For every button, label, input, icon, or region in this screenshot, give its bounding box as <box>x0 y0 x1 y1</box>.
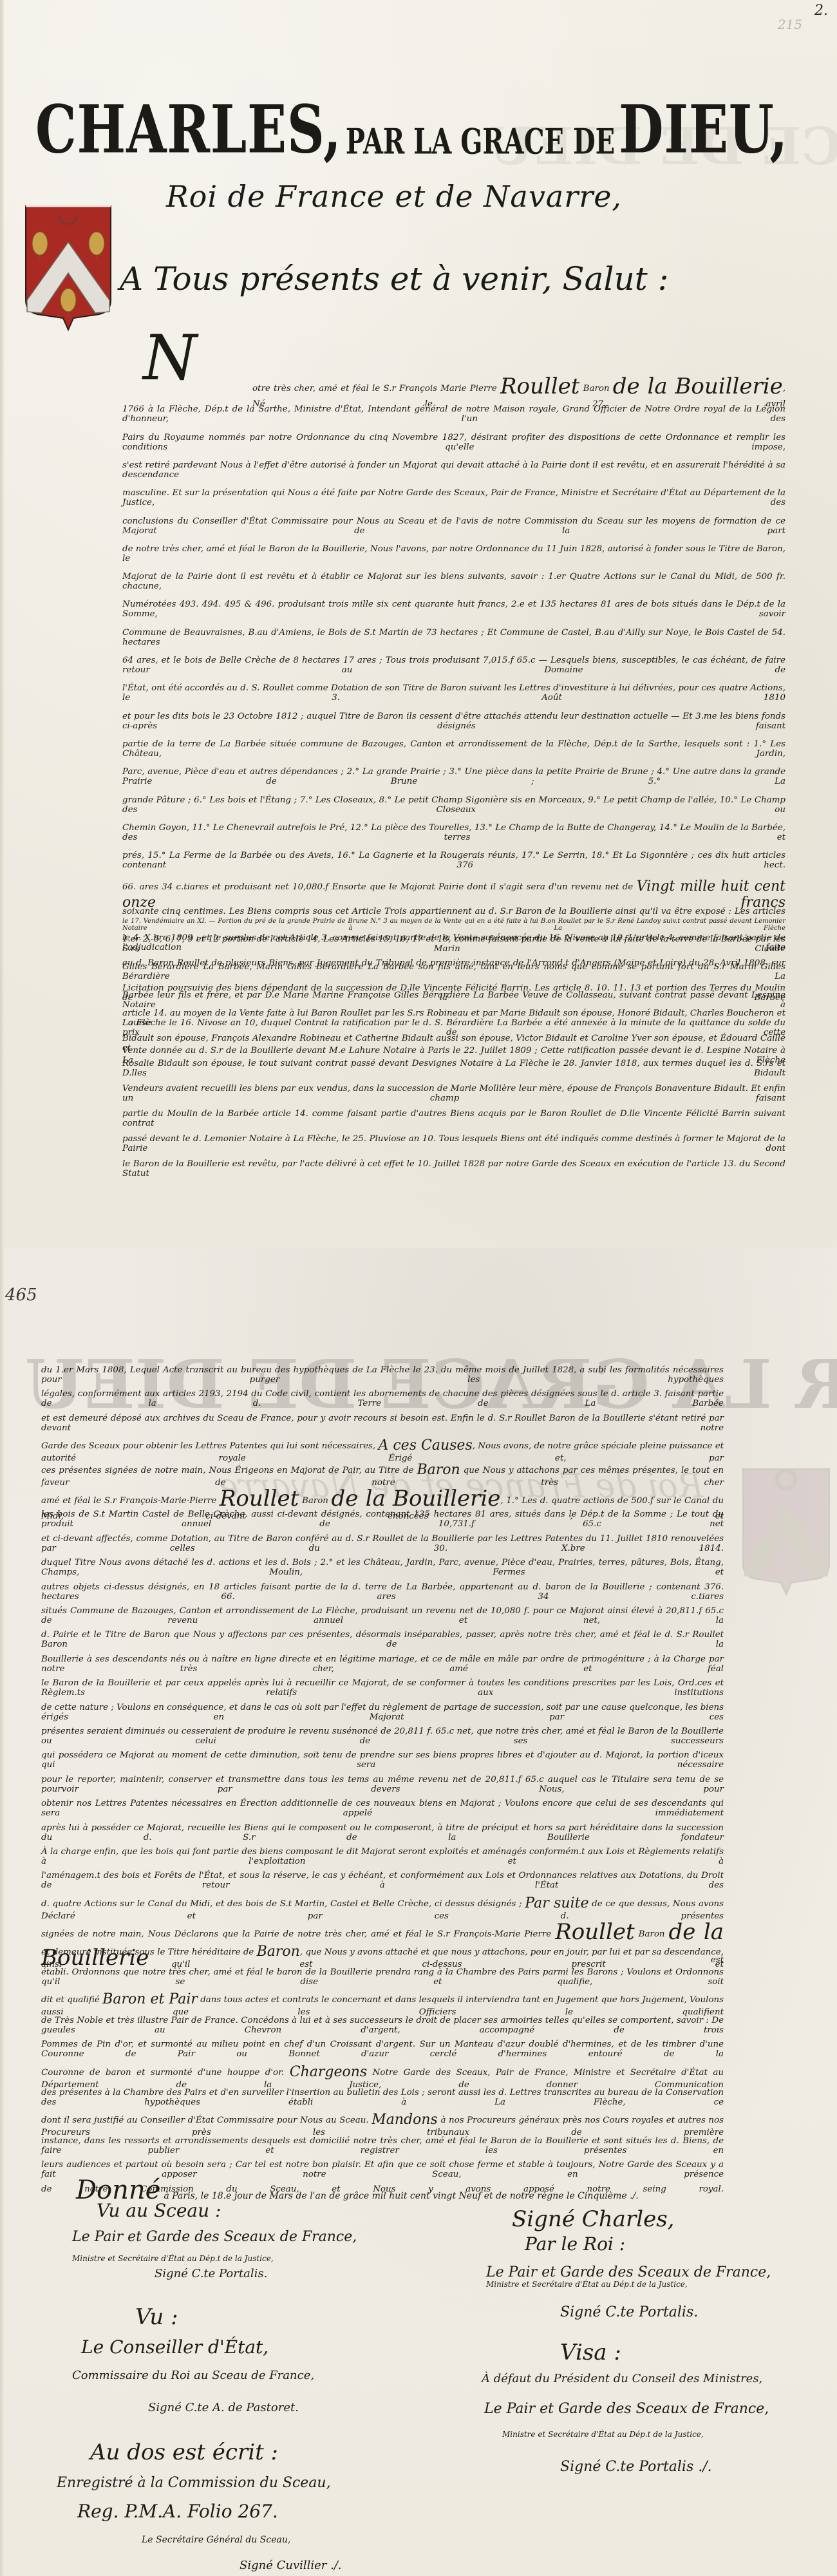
signature-line: Le Pair et Garde des Sceaux de France, <box>72 2229 357 2245</box>
line-text: Commune de Beauvraisnes, B.au d'Amiens, … <box>122 628 785 647</box>
signature-line: Signé C.te Portalis. <box>560 2304 698 2320</box>
text-line: 1766 à la Flèche, Dép.t de la Sarthe, Mi… <box>122 404 785 417</box>
line-text: Pommes de Pin d'or, et surmonté au milie… <box>41 2040 724 2059</box>
line-text: Baron <box>635 1929 669 1939</box>
emphasis-text: Baron <box>257 1944 300 1960</box>
line-text: Chemin Goyon, 11.° Le Chenevrail autrefo… <box>122 823 785 842</box>
signature-line: Commissaire du Roi au Sceau de France, <box>72 2369 314 2382</box>
line-text: le Baron de la Bouillerie et par ceux ap… <box>41 1678 724 1698</box>
line-text: légales, conformément aux articles 2193,… <box>41 1389 724 1408</box>
person-name: Roullet <box>555 1919 635 1945</box>
line-text: otre très cher, amé et féal le S.r Franç… <box>252 384 500 393</box>
line-text: autres objets ci-dessus désignés, en 18 … <box>41 1582 724 1602</box>
text-line: Pairs du Royaume nommés par notre Ordonn… <box>122 433 785 446</box>
text-line: dont il sera justifié au Conseiller d'Ét… <box>41 2112 724 2125</box>
signature-line: Enregistré à la Commission du Sceau, <box>57 2475 331 2491</box>
text-line: de cette nature ; Voulons en conséquence… <box>41 1703 724 1716</box>
person-title: de la Bouillerie <box>332 1486 501 1511</box>
text-line: au d. Baron Roullet de plusieurs Biens, … <box>122 958 785 971</box>
emphasis-text: A ces Causes <box>378 1437 472 1454</box>
text-line: situés Commune de Bazouges, Canton et ar… <box>41 1606 724 1619</box>
line-text: et pour les dits bois le 23 Octobre 1812… <box>122 712 785 731</box>
line-text: prés, 15.° La Ferme de la Barbée ou des … <box>122 851 785 870</box>
text-line: et est demeuré déposé aux archives du Sc… <box>41 1414 724 1426</box>
text-line: partie du Moulin de la Barbée article 14… <box>122 1109 785 1122</box>
text-line: le 17. Vendémiaire an XI. — Portion du p… <box>122 918 785 931</box>
signature-line: Signé C.te Portalis. <box>155 2267 267 2280</box>
line-text: Rosalie Bidault son épouse, le tout suiv… <box>122 1059 785 1078</box>
text-line: et demeure instituée sous le Titre héréd… <box>41 1944 724 1956</box>
line-text: 64 ares, et le bois de Belle Crèche de 8… <box>122 656 785 675</box>
signature-line: À défaut du Président du Conseil des Min… <box>482 2372 762 2385</box>
signature-line: Ministre et Secrétaire d'État au Dép.t d… <box>502 2430 704 2439</box>
text-line: 64 ares, et le bois de Belle Crèche de 8… <box>122 656 785 668</box>
coat-of-arms-icon <box>23 204 113 332</box>
emphasis-text: Par suite <box>525 1895 588 1911</box>
text-line: Vendeurs avaient recueilli les biens par… <box>122 1084 785 1097</box>
given-text: à Paris, le 18.e jour de Mars de l'an de… <box>164 2191 638 2201</box>
line-text: après lui à posséder ce Majorat, recueil… <box>41 1823 724 1842</box>
signature-line: Le Conseiller d'État, <box>81 2336 268 2358</box>
decorated-initial: N <box>143 322 197 394</box>
signature-line: Ministre et Secrétaire d'État au Dép.t d… <box>72 2254 274 2263</box>
text-line: Bouillerie à ses descendants nés ou à na… <box>41 1654 724 1667</box>
text-line: le Baron de la Bouillerie est revêtu, pa… <box>122 1159 785 1172</box>
line-text: 1766 à la Flèche, Dép.t de la Sarthe, Mi… <box>122 404 785 424</box>
line-text: 66. ares 34 c.tiares et produisant net 1… <box>122 882 637 892</box>
person-name: Roullet <box>500 374 580 399</box>
text-line: le 4. X.bre 1809 ; et le surplus de cet … <box>122 933 785 946</box>
line-text: de notre très cher, amé et féal le Baron… <box>122 544 785 563</box>
emphasis-text: Baron et Pair <box>102 1991 198 2007</box>
line-text: À la charge enfin, que les bois qui font… <box>41 1847 724 1866</box>
line-text: situés Commune de Bazouges, Canton et ar… <box>41 1606 724 1625</box>
text-line: les bois de S.t Martin Castel de Belle C… <box>41 1510 724 1522</box>
text-line: partie de la terre de La Barbée située c… <box>122 739 785 752</box>
line-text: d. quatre Actions sur le Canal du Midi, … <box>41 1899 525 1909</box>
line-text: dit et qualifié <box>41 1995 102 2005</box>
text-line: masculine. Et sur la présentation qui No… <box>122 488 785 501</box>
text-line: instance, dans les ressorts et arrondiss… <box>41 2136 724 2149</box>
line-text: Vendeurs avaient recueilli les biens par… <box>122 1084 785 1103</box>
signature-line: Le Pair et Garde des Sceaux de France, <box>484 2401 769 2417</box>
text-line: et ci-devant affectés, comme Dotation, a… <box>41 1534 724 1547</box>
text-line: pour le reporter, maintenir, conserver e… <box>41 1775 724 1788</box>
page-edge <box>0 1248 4 2576</box>
line-text: les bois de S.t Martin Castel de Belle C… <box>41 1510 724 1529</box>
text-line: prés, 15.° La Ferme de la Barbée ou des … <box>122 851 785 864</box>
line-text: Garde des Sceaux pour obtenir les Lettre… <box>41 1441 378 1451</box>
signature-line: Reg. P.M.A. Folio 267. <box>77 2501 278 2522</box>
line-text: Baron <box>579 384 612 393</box>
text-line: Bidault son épouse, François Alexandre R… <box>122 1034 785 1046</box>
text-line: signées de notre main, Nous Déclarons qu… <box>41 1919 724 1932</box>
text-line: de notre très cher, amé et féal le Baron… <box>122 544 785 557</box>
line-text: s'est retiré pardevant Nous à l'effet d'… <box>122 460 785 480</box>
text-line: du 1.er Mars 1808, Lequel Acte transcrit… <box>41 1365 724 1378</box>
person-name: Roullet <box>220 1486 299 1511</box>
line-text: de cette nature ; Voulons en conséquence… <box>41 1703 724 1722</box>
text-line: grande Pâture ; 6.° Les bois et l'Étang … <box>122 795 785 808</box>
text-line: leurs audiences et partout où besoin ser… <box>41 2160 724 2173</box>
text-line: 66. ares 34 c.tiares et produisant net 1… <box>122 878 785 891</box>
text-line: s'est retiré pardevant Nous à l'effet d'… <box>122 460 785 473</box>
document-page-2: CHARLES, PAR LA GRACE DE DIEU Roi de Fra… <box>0 1248 837 2576</box>
line-text: partie du Moulin de la Barbée article 14… <box>122 1109 785 1128</box>
line-text: partie de la terre de La Barbée située c… <box>122 739 785 759</box>
line-text-small: le 17. Vendémiaire an XI. — Portion du p… <box>122 918 785 932</box>
text-line: des présentes à la Chambre des Pairs et … <box>41 2088 724 2101</box>
emphasis-text: Chargeons <box>290 2064 367 2080</box>
text-line: et pour les dits bois le 23 Octobre 1812… <box>122 712 785 724</box>
text-line: otre très cher, amé et féal le S.r Franç… <box>252 374 785 386</box>
signature-line: Signé C.te A. de Pastoret. <box>148 2401 299 2414</box>
salutation: A Tous présents et à venir, Salut : <box>120 260 669 298</box>
line-text: dont il sera justifié au Conseiller d'Ét… <box>41 2116 371 2125</box>
signature-line: Visa : <box>560 2340 621 2365</box>
text-line: ces présentes signées de notre main, Nou… <box>41 1462 724 1475</box>
emphasis-text: Baron <box>417 1462 460 1478</box>
signature-line: Le Pair et Garde des Sceaux de France, <box>486 2264 771 2280</box>
text-line: établi. Ordonnons que notre très cher, a… <box>41 1967 724 1980</box>
text-line: de Très Noble et très illustre Pair de F… <box>41 2016 724 2029</box>
text-line: d. Pairie et le Titre de Baron que Nous … <box>41 1630 724 1643</box>
line-text: l'aménagem.t des bois et Forêts de l'Éta… <box>41 1871 724 1890</box>
text-line: Garde des Sceaux pour obtenir les Lettre… <box>41 1437 724 1450</box>
text-line: légales, conformément aux articles 2193,… <box>41 1389 724 1402</box>
folio-number: 465 <box>5 1285 37 1305</box>
line-text: Pairs du Royaume nommés par notre Ordonn… <box>122 433 785 452</box>
signature-line: Vu au Sceau : <box>97 2200 221 2221</box>
signature-line: Vu : <box>135 2304 178 2330</box>
line-text: Majorat de la Pairie dont il est revêtu … <box>122 572 785 591</box>
line-text: le 4. X.bre 1809 ; et le surplus de cet … <box>122 933 785 952</box>
line-text: Licitation poursuivie des biens dépendan… <box>122 983 785 1003</box>
text-line: Couronne de baron et surmonté d'une houp… <box>41 2064 724 2077</box>
line-text: conclusions du Conseiller d'État Commiss… <box>122 516 785 536</box>
signature-line: Signé Cuvillier ./. <box>240 2559 342 2572</box>
text-line: obtenir nos Lettres Patentes nécessaires… <box>41 1799 724 1812</box>
page-edge <box>0 0 4 1248</box>
line-text: duquel Titre Nous avons détaché les d. a… <box>41 1558 724 1577</box>
line-text: et ci-devant affectés, comme Dotation, a… <box>41 1534 724 1553</box>
text-line: l'aménagem.t des bois et Forêts de l'Éta… <box>41 1871 724 1884</box>
text-line: amé et féal le S.r François-Marie-Pierre… <box>41 1486 724 1499</box>
emphasis-text: Mandons <box>371 2112 438 2128</box>
title-name: CHARLES, <box>35 97 342 162</box>
text-line: Chemin Goyon, 11.° Le Chenevrail autrefo… <box>122 823 785 836</box>
line-text: pour le reporter, maintenir, conserver e… <box>41 1775 724 1794</box>
line-text: des présentes à la Chambre des Pairs et … <box>41 2088 724 2107</box>
line-text: le Baron de la Bouillerie est revêtu, pa… <box>122 1159 785 1179</box>
text-line: d. quatre Actions sur le Canal du Midi, … <box>41 1895 724 1908</box>
line-text: Couronne de baron et surmonté d'une houp… <box>41 2068 290 2078</box>
text-line: À la charge enfin, que les bois qui font… <box>41 1847 724 1860</box>
line-text: grande Pâture ; 6.° Les bois et l'Étang … <box>122 795 785 815</box>
title-middle: PAR LA GRACE DE <box>346 122 615 162</box>
line-text: masculine. Et sur la présentation qui No… <box>122 488 785 507</box>
line-text: établi. Ordonnons que notre très cher, a… <box>41 1967 724 1987</box>
text-line: Vente donnée au d. S.r de la Bouillerie … <box>122 1046 785 1059</box>
signature-line: Par le Roi : <box>525 2233 625 2255</box>
text-line: Parc, avenue, Pièce d'eau et autres dépe… <box>122 767 785 780</box>
text-line: duquel Titre Nous avons détaché les d. a… <box>41 1558 724 1571</box>
line-text: signées de notre main, Nous Déclarons qu… <box>41 1929 555 1939</box>
line-text: et demeure instituée sous le Titre héréd… <box>41 1947 257 1957</box>
document-subtitle: Roi de France et de Navarre, <box>166 179 622 214</box>
line-text: instance, dans les ressorts et arrondiss… <box>41 2136 724 2155</box>
text-line: article 14. au moyen de la Vente faite à… <box>122 1009 785 1021</box>
line-text: Baron <box>299 1496 331 1506</box>
text-line: qui possédera ce Majorat au moment de ce… <box>41 1750 724 1763</box>
text-line: présentes seraient diminués ou cesseraie… <box>41 1727 724 1739</box>
folio-number-faint: 215 <box>778 17 802 32</box>
text-line: dit et qualifié Baron et Pair dans tous … <box>41 1991 724 2004</box>
line-text: Bouillerie à ses descendants nés ou à na… <box>41 1654 724 1674</box>
line-text: du 1.er Mars 1808, Lequel Acte transcrit… <box>41 1365 724 1385</box>
line-text: de Très Noble et très illustre Pair de F… <box>41 2016 724 2035</box>
coat-of-arms-bleed-icon <box>740 1463 832 1601</box>
text-line: conclusions du Conseiller d'État Commiss… <box>122 516 785 529</box>
line-text: et est demeuré déposé aux archives du Sc… <box>41 1414 724 1433</box>
signature-line: Signé C.te Portalis ./. <box>560 2459 712 2475</box>
text-line: passé devant le d. Lemonier Notaire à La… <box>122 1134 785 1147</box>
line-text: amé et féal le S.r François-Marie-Pierre <box>41 1496 220 1506</box>
folio-number: 2. <box>814 3 828 19</box>
text-line: Rosalie Bidault son épouse, le tout suiv… <box>122 1059 785 1072</box>
text-line: Commune de Beauvraisnes, B.au d'Amiens, … <box>122 628 785 641</box>
line-text: Parc, avenue, Pièce d'eau et autres dépe… <box>122 767 785 786</box>
line-text: passé devant le d. Lemonier Notaire à La… <box>122 1134 785 1153</box>
signature-line: Le Secrétaire Général du Sceau, <box>142 2535 290 2545</box>
line-text: soixante cinq centimes. Les Biens compri… <box>122 907 785 916</box>
text-line: l'État, ont été accordés au d. S. Roulle… <box>122 683 785 696</box>
text-line: Numérotées 493. 494. 495 & 496. produisa… <box>122 600 785 612</box>
line-text: l'État, ont été accordés au d. S. Roulle… <box>122 683 785 703</box>
signature-line: Ministre et Secrétaire d'État au Dép.t d… <box>486 2280 688 2289</box>
document-title: CHARLES, PAR LA GRACE DE DIEU, <box>35 111 821 162</box>
signature-line: Signé Charles, <box>512 2206 674 2232</box>
person-title: de la Bouillerie <box>613 374 783 399</box>
text-line: Majorat de la Pairie dont il est revêtu … <box>122 572 785 585</box>
signature-line: Au dos est écrit : <box>90 2439 278 2465</box>
text-line: autres objets ci-dessus désignés, en 18 … <box>41 1582 724 1595</box>
line-text: d. Pairie et le Titre de Baron que Nous … <box>41 1630 724 1649</box>
text-line: après lui à posséder ce Majorat, recueil… <box>41 1823 724 1836</box>
line-text: présentes seraient diminués ou cesseraie… <box>41 1727 724 1746</box>
line-text: obtenir nos Lettres Patentes nécessaires… <box>41 1799 724 1818</box>
text-line: Licitation poursuivie des biens dépendan… <box>122 983 785 996</box>
line-text: ces présentes signées de notre main, Nou… <box>41 1466 417 1475</box>
text-line: Pommes de Pin d'or, et surmonté au milie… <box>41 2040 724 2052</box>
line-text: au d. Baron Roullet de plusieurs Biens, … <box>122 958 785 968</box>
line-text: qui possédera ce Majorat au moment de ce… <box>41 1750 724 1770</box>
title-end: DIEU, <box>619 97 788 162</box>
text-line: le Baron de la Bouillerie et par ceux ap… <box>41 1678 724 1691</box>
line-text: Numérotées 493. 494. 495 & 496. produisa… <box>122 600 785 619</box>
document-page-1: CHARLES, PAR LA GRACE DE DIEU 2. 215 CHA… <box>0 0 837 1248</box>
